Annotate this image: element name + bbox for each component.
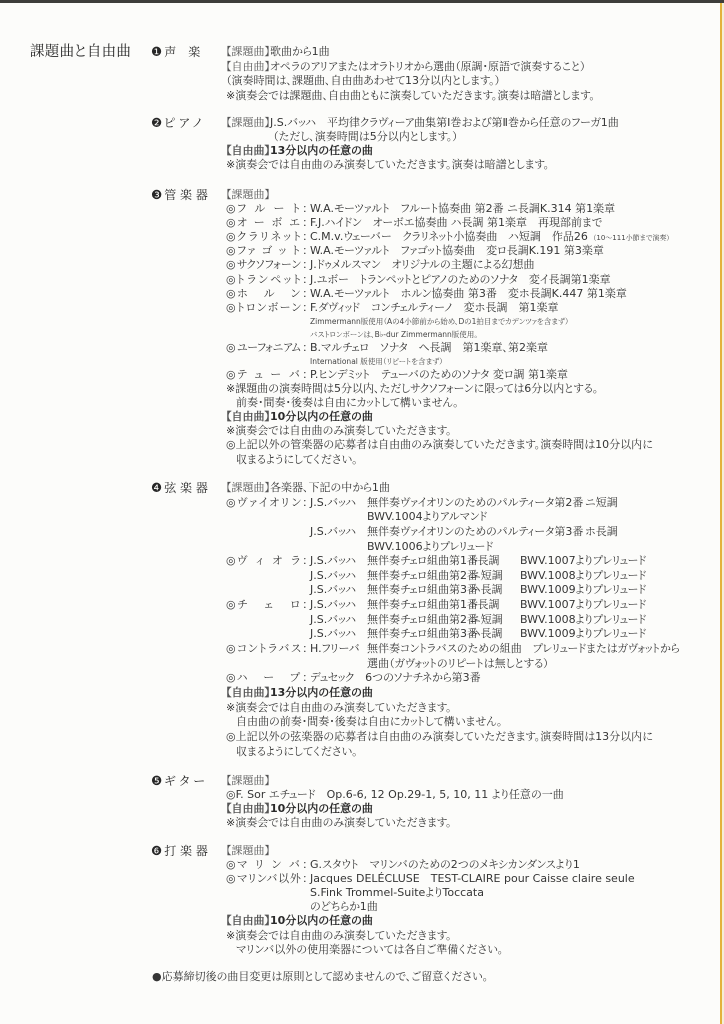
colon: ：: [300, 554, 310, 569]
assigned-tag: 【課題曲】: [226, 116, 270, 129]
others-note-text: 上記以外の管楽器の応募者は自由曲のみ演奏していただきます。演奏時間は10分以内に: [236, 438, 653, 451]
movement: BWV.1008よりプレリュード: [520, 613, 646, 626]
colon: ：: [300, 671, 310, 686]
piece-row-trumpet: ◎トランペット：J.ユボー トランペットとピアノのためのソナタ 変イ長調第1楽章: [226, 273, 722, 287]
colon: ：: [300, 872, 310, 886]
free-line: 【自由曲】10分以内の任意の曲: [226, 410, 722, 424]
movement: BWV.1009よりプレリュード: [520, 627, 646, 640]
footer-note: ●応募締切後の曲目変更は原則として認めませんので、ご留意ください。: [152, 970, 488, 984]
free-line: 【自由曲】13分以内の任意の曲: [226, 144, 722, 158]
assigned-tag: 【課題曲】: [226, 844, 722, 858]
piece-text: B.マルチェロ ソナタ ヘ長調 第1楽章、第2楽章: [310, 341, 548, 354]
colon: ：: [300, 287, 310, 301]
instrument-label: マ リ ン バ: [237, 858, 300, 872]
piece-text: W.A.モーツァルト ファゴット協奏曲 変ロ長調K.191 第3楽章: [310, 244, 604, 257]
work: 無伴奏ヴァイオリンのためのパルティータ第3番: [367, 525, 585, 540]
section-name: 声 楽: [164, 45, 200, 59]
free-tag: 【自由曲】: [226, 686, 270, 699]
piece-row-bassoon: ◎ファ ゴ ッ ト：W.A.モーツァルト ファゴット協奏曲 変ロ長調K.191 …: [226, 244, 722, 258]
piece-text: デュセック 6つのソナチネから第3番: [310, 671, 481, 684]
section-number-icon: ❺: [151, 773, 162, 788]
free-tag: 【自由曲】: [226, 802, 270, 815]
free-tag: 【自由曲】: [226, 410, 270, 423]
bullet-icon: ◎: [226, 671, 237, 686]
piece-text-alt: S.Fink Trommel-SuiteよりToccata: [226, 886, 722, 900]
section-body: 【課題曲】 ◎F. Sor エチュード Op.6-6, 12 Op.29-1, …: [226, 774, 722, 830]
composer: J.S.バッハ: [310, 496, 367, 511]
section-body: 【課題曲】J.S.バッハ 平均律クラヴィーア曲集第Ⅰ巻および第Ⅱ巻から任意のフー…: [226, 116, 722, 172]
free-line: 【自由曲】10分以内の任意の曲: [226, 802, 722, 816]
piece-text: Jacques DELÉCLUSE TEST-CLAIRE pour Caiss…: [310, 872, 635, 885]
composer: J.S.バッハ: [310, 598, 367, 613]
bullet-icon: ◎: [226, 730, 236, 743]
instrument-label: オ ー ボ エ: [237, 216, 300, 230]
free-line: 【自由曲】13分以内の任意の曲: [226, 686, 722, 701]
section-body: 【課題曲】歌曲から1曲 【自由曲】オペラのアリアまたはオラトリオから選曲（原調・…: [226, 45, 722, 103]
free-tag: 【自由曲】: [226, 144, 270, 157]
colon: ：: [300, 496, 310, 511]
page-title: 課題曲と自由曲: [30, 43, 131, 61]
colon: ：: [300, 244, 310, 258]
colon: ：: [300, 858, 310, 872]
piece-text: P.ヒンデミット テューバのためのソナタ 変ロ調 第1楽章: [310, 368, 568, 381]
assigned-line: ◎F. Sor エチュード Op.6-6, 12 Op.29-1, 5, 10,…: [226, 788, 722, 802]
section-name: ギ タ ー: [164, 774, 205, 788]
instrument-label: ユーフォニアム: [237, 341, 300, 355]
bullet-icon: ◎: [226, 230, 237, 244]
section-heading-piano: ❷ピ ア ノ: [151, 116, 202, 130]
piece-row-cello-alt: J.S.バッハ無伴奏チェロ組曲第2番ニ短調BWV.1008よりプレリュード: [226, 613, 722, 628]
key: ホ長調: [585, 525, 618, 538]
piece-row-tuba: ◎テ ュ ー バ：P.ヒンデミット テューバのためのソナタ 変ロ調 第1楽章: [226, 368, 722, 382]
piece-text: G.スタウト マリンバのための2つのメキシカンダンスより1: [310, 858, 580, 871]
instrument-label: クラリネット: [237, 230, 300, 244]
composer: J.S.バッハ: [310, 554, 367, 569]
composer: J.S.バッハ: [310, 569, 367, 584]
piece-row-violin: ◎ヴァイオリン：J.S.バッハ無伴奏ヴァイオリンのためのパルティータ第2番ニ短調: [226, 496, 722, 511]
bullet-icon: ◎: [226, 368, 237, 382]
bullet-icon: ◎: [226, 273, 237, 287]
piece-row-cello-alt: J.S.バッハ無伴奏チェロ組曲第3番ハ長調BWV.1009よりプレリュード: [226, 627, 722, 642]
bullet-icon: ◎: [226, 788, 236, 801]
piece-row-marimba: ◎マ リ ン バ：G.スタウト マリンバのための2つのメキシカンダンスより1: [226, 858, 722, 872]
trombone-note-edition: Zimmermann版使用（Aの4小節前から始め、Dの1拍目までカデンツァを含ま…: [226, 315, 722, 328]
instrument-label: ファ ゴ ッ ト: [237, 244, 300, 258]
work-cont: 選曲（ガヴォットのリピートは無しとする）: [226, 657, 722, 672]
instrument-label: マリンバ以外: [237, 872, 300, 886]
cut-note: 前奏・間奏・後奏は自由にカットして構いません。: [226, 396, 722, 410]
movement: BWV.1006よりプレリュード: [226, 540, 722, 555]
section-heading-percussion: ❻打 楽 器: [151, 844, 208, 858]
piece-row-harp: ◎ハ ー プ：デュセック 6つのソナチネから第3番: [226, 671, 722, 686]
section-number-icon: ❷: [151, 115, 162, 130]
key: ニ短調: [470, 569, 520, 584]
bullet-icon: ◎: [226, 216, 237, 230]
free-piece: 10分以内の任意の曲: [270, 914, 373, 927]
assigned-piece: 歌曲から1曲: [270, 45, 330, 58]
others-note: ◎上記以外の弦楽器の応募者は自由曲のみ演奏していただきます。演奏時間は13分以内…: [226, 730, 722, 745]
work: 無伴奏チェロ組曲第1番: [367, 598, 470, 613]
section-number-icon: ❻: [151, 843, 162, 858]
key: ト長調: [470, 598, 520, 613]
section-number-icon: ❹: [151, 480, 162, 495]
piece-row-viola-alt: J.S.バッハ無伴奏チェロ組曲第3番ハ長調BWV.1009よりプレリュード: [226, 583, 722, 598]
bullet-icon: ◎: [226, 872, 237, 886]
instrument-label: ヴ ィ オ ラ: [237, 554, 300, 569]
instrument-label: サクソフォーン: [237, 258, 300, 272]
assigned-line: 【課題曲】各楽器、下記の中から1曲: [226, 481, 722, 496]
composer: J.S.バッハ: [310, 613, 367, 628]
bullet-icon: ◎: [226, 858, 237, 872]
free-piece: オペラのアリアまたはオラトリオから選曲（原調・原語で演奏すること）: [270, 60, 586, 73]
piece-text: F.ダヴィッド コンチェルティーノ 変ホ長調 第1楽章: [310, 301, 558, 314]
free-piece: 10分以内の任意の曲: [270, 802, 373, 815]
movement: BWV.1007よりプレリュード: [520, 554, 646, 567]
concert-note: ※演奏会では自由曲のみ演奏していただきます。: [226, 816, 722, 830]
free-piece: 10分以内の任意の曲: [270, 410, 373, 423]
key: ハ長調: [470, 627, 520, 642]
bullet-icon: ◎: [226, 202, 237, 216]
instrument-label: コントラバス: [237, 642, 300, 657]
movement: BWV.1007よりプレリュード: [520, 598, 646, 611]
scan-top-edge: [0, 0, 724, 3]
section-heading-guitar: ❺ギ タ ー: [151, 774, 205, 788]
piece-row-saxophone: ◎サクソフォーン：J.ドゥメルスマン オリジナルの主題による幻想曲: [226, 258, 722, 272]
colon: ：: [300, 368, 310, 382]
composer: J.S.バッハ: [310, 525, 367, 540]
section-name: 管 楽 器: [164, 188, 208, 202]
key: ニ短調: [585, 496, 618, 509]
piece-row-euphonium: ◎ユーフォニアム：B.マルチェロ ソナタ ヘ長調 第1楽章、第2楽章: [226, 341, 722, 355]
piece-small-note: （10～111小節まで演奏）: [593, 234, 670, 242]
free-piece: 13分以内の任意の曲: [270, 686, 373, 699]
choose-note: のどちらか1曲: [226, 900, 722, 914]
piece-row-clarinet: ◎クラリネット：C.M.v.ウェーバー クラリネット小協奏曲 ハ短調 作品26（…: [226, 230, 722, 244]
piece-row-flute: ◎フ ル ー ト：W.A.モーツァルト フルート協奏曲 第2番 ニ長調K.314…: [226, 202, 722, 216]
bullet-icon: ◎: [226, 598, 237, 613]
bullet-icon: ◎: [226, 244, 237, 258]
assigned-piece: J.S.バッハ 平均律クラヴィーア曲集第Ⅰ巻および第Ⅱ巻から任意のフーガ1曲: [270, 116, 619, 129]
assigned-text: 各楽器、下記の中から1曲: [270, 481, 390, 494]
key: ハ長調: [470, 583, 520, 598]
others-note-cont: 収まるようにしてください。: [226, 453, 722, 467]
others-note-text: 上記以外の弦楽器の応募者は自由曲のみ演奏していただきます。演奏時間は13分以内に: [236, 730, 653, 743]
work: 無伴奏チェロ組曲第3番: [367, 627, 470, 642]
colon: ：: [300, 230, 310, 244]
assigned-tag: 【課題曲】: [226, 188, 722, 202]
bullet-icon: ◎: [226, 554, 237, 569]
concert-note: ※演奏会では課題曲、自由曲ともに演奏していただきます。演奏は暗譜とします。: [226, 89, 722, 104]
movement: BWV.1009よりプレリュード: [520, 583, 646, 596]
movement: BWV.1008よりプレリュード: [520, 569, 646, 582]
assigned-line: 【課題曲】歌曲から1曲: [226, 45, 722, 60]
bullet-icon: ◎: [226, 258, 237, 272]
piece-row-viola-alt: J.S.バッハ無伴奏チェロ組曲第2番ニ短調BWV.1008よりプレリュード: [226, 569, 722, 584]
instrument-label: ハ ー プ: [237, 671, 300, 686]
section-name: 打 楽 器: [164, 844, 208, 858]
piece-text: W.A.モーツァルト フルート協奏曲 第2番 ニ長調K.314 第1楽章: [310, 202, 615, 215]
piece-row-viola: ◎ヴ ィ オ ラ：J.S.バッハ無伴奏チェロ組曲第1番ト長調BWV.1007より…: [226, 554, 722, 569]
others-note: ◎上記以外の管楽器の応募者は自由曲のみ演奏していただきます。演奏時間は10分以内…: [226, 438, 722, 452]
piece-text: J.ユボー トランペットとピアノのためのソナタ 変イ長調第1楽章: [310, 273, 611, 286]
piece-row-cello: ◎チ ェ ロ：J.S.バッハ無伴奏チェロ組曲第1番ト長調BWV.1007よりプレ…: [226, 598, 722, 613]
piece-row-non-marimba: ◎マリンバ以外：Jacques DELÉCLUSE TEST-CLAIRE po…: [226, 872, 722, 886]
section-name: ピ ア ノ: [164, 116, 202, 130]
piece-row-horn: ◎ホ ル ン：W.A.モーツァルト ホルン協奏曲 第3番 変ホ長調K.447 第…: [226, 287, 722, 301]
composer: H.フリーバ: [310, 642, 367, 657]
colon: ：: [300, 202, 310, 216]
concert-note: ※演奏会では自由曲のみ演奏していただきます。演奏は暗譜とします。: [226, 158, 722, 172]
work: 無伴奏チェロ組曲第2番: [367, 569, 470, 584]
bullet-icon: ◎: [226, 642, 237, 657]
colon: ：: [300, 216, 310, 230]
cut-note: 自由曲の前奏・間奏・後奏は自由にカットして構いません。: [226, 715, 722, 730]
bullet-icon: ◎: [226, 341, 237, 355]
piece-text: W.A.モーツァルト ホルン協奏曲 第3番 変ホ長調K.447 第1楽章: [310, 287, 627, 300]
free-tag: 【自由曲】: [226, 60, 270, 73]
section-body: 【課題曲】各楽器、下記の中から1曲 ◎ヴァイオリン：J.S.バッハ無伴奏ヴァイオ…: [226, 481, 722, 759]
piece-row-contrabass: ◎コントラバス：H.フリーバ無伴奏コントラバスのための組曲 プレリュードまたはガ…: [226, 642, 722, 657]
assigned-tag: 【課題曲】: [226, 774, 722, 788]
instrument-note: マリンバ以外の使用楽器については各自ご準備ください。: [226, 943, 722, 957]
work: 無伴奏コントラバスのための組曲 プレリュードまたはガヴォットから: [367, 642, 680, 655]
concert-note: ※演奏会では自由曲のみ演奏していただきます。: [226, 701, 722, 716]
time-note: ※課題曲の演奏時間は5分以内、ただしサクソフォーンに限っては6分以内とする。: [226, 382, 722, 396]
work: 無伴奏チェロ組曲第1番: [367, 554, 470, 569]
instrument-label: トロンボーン: [237, 301, 300, 315]
assigned-piece: F. Sor エチュード Op.6-6, 12 Op.29-1, 5, 10, …: [236, 788, 564, 801]
piece-text: J.ドゥメルスマン オリジナルの主題による幻想曲: [310, 258, 535, 271]
others-note-cont: 収まるようにしてください。: [226, 745, 722, 760]
section-heading-winds: ❸管 楽 器: [151, 188, 208, 202]
section-body: 【課題曲】 ◎マ リ ン バ：G.スタウト マリンバのための2つのメキシカンダン…: [226, 844, 722, 957]
movement: BWV.1004よりアルマンド: [226, 510, 722, 525]
section-body: 【課題曲】 ◎フ ル ー ト：W.A.モーツァルト フルート協奏曲 第2番 ニ長…: [226, 188, 722, 467]
assigned-tag: 【課題曲】: [226, 45, 270, 58]
colon: ：: [300, 258, 310, 272]
instrument-label: フ ル ー ト: [237, 202, 300, 216]
piece-row-trombone: ◎トロンボーン：F.ダヴィッド コンチェルティーノ 変ホ長調 第1楽章: [226, 301, 722, 315]
work: 無伴奏チェロ組曲第2番: [367, 613, 470, 628]
assigned-line: 【課題曲】J.S.バッハ 平均律クラヴィーア曲集第Ⅰ巻および第Ⅱ巻から任意のフー…: [226, 116, 722, 130]
section-heading-strings: ❹弦 楽 器: [151, 481, 208, 495]
section-name: 弦 楽 器: [164, 481, 208, 495]
free-line: 【自由曲】10分以内の任意の曲: [226, 914, 722, 928]
instrument-label: テ ュ ー バ: [237, 368, 300, 382]
section-heading-vocal: ❶声 楽: [151, 45, 200, 59]
free-piece: 13分以内の任意の曲: [270, 144, 373, 157]
instrument-label: トランペット: [237, 273, 300, 287]
work: 無伴奏チェロ組曲第3番: [367, 583, 470, 598]
key: ニ短調: [470, 613, 520, 628]
section-number-icon: ❸: [151, 187, 162, 202]
bullet-icon: ◎: [226, 301, 237, 315]
composer: J.S.バッハ: [310, 627, 367, 642]
concert-note: ※演奏会では自由曲のみ演奏していただきます。: [226, 424, 722, 438]
work: 無伴奏ヴァイオリンのためのパルティータ第2番: [367, 496, 585, 511]
free-tag: 【自由曲】: [226, 914, 270, 927]
instrument-label: ホ ル ン: [237, 287, 300, 301]
piece-row-violin-alt: J.S.バッハ無伴奏ヴァイオリンのためのパルティータ第3番ホ長調: [226, 525, 722, 540]
assigned-note: （ただし、演奏時間は5分以内とします。）: [226, 130, 722, 144]
colon: ：: [300, 642, 310, 657]
section-number-icon: ❶: [151, 44, 162, 59]
composer: J.S.バッハ: [310, 583, 367, 598]
bullet-icon: ◎: [226, 438, 236, 451]
concert-note: ※演奏会では自由曲のみ演奏していただきます。: [226, 929, 722, 943]
colon: ：: [300, 301, 310, 315]
trombone-note-bass: バストロンボーンは、B♭-dur Zimmermann版使用。: [226, 328, 722, 341]
euphonium-note: International 版使用（リピートを含まず）: [226, 355, 722, 368]
instrument-label: チ ェ ロ: [237, 598, 300, 613]
free-line: 【自由曲】オペラのアリアまたはオラトリオから選曲（原調・原語で演奏すること）: [226, 60, 722, 75]
piece-text: F.J.ハイドン オーボエ協奏曲 ハ長調 第1楽章 再現部前まで: [310, 216, 602, 229]
instrument-label: ヴァイオリン: [237, 496, 300, 511]
colon: ：: [300, 598, 310, 613]
bullet-icon: ◎: [226, 287, 237, 301]
piece-row-oboe: ◎オ ー ボ エ：F.J.ハイドン オーボエ協奏曲 ハ長調 第1楽章 再現部前ま…: [226, 216, 722, 230]
piece-text: C.M.v.ウェーバー クラリネット小協奏曲 ハ短調 作品26: [310, 230, 588, 243]
time-note: （演奏時間は、課題曲、自由曲あわせて13分以内とします。）: [226, 74, 722, 89]
bullet-icon: ◎: [226, 496, 237, 511]
assigned-tag: 【課題曲】: [226, 481, 270, 494]
key: ト長調: [470, 554, 520, 569]
colon: ：: [300, 273, 310, 287]
colon: ：: [300, 341, 310, 355]
